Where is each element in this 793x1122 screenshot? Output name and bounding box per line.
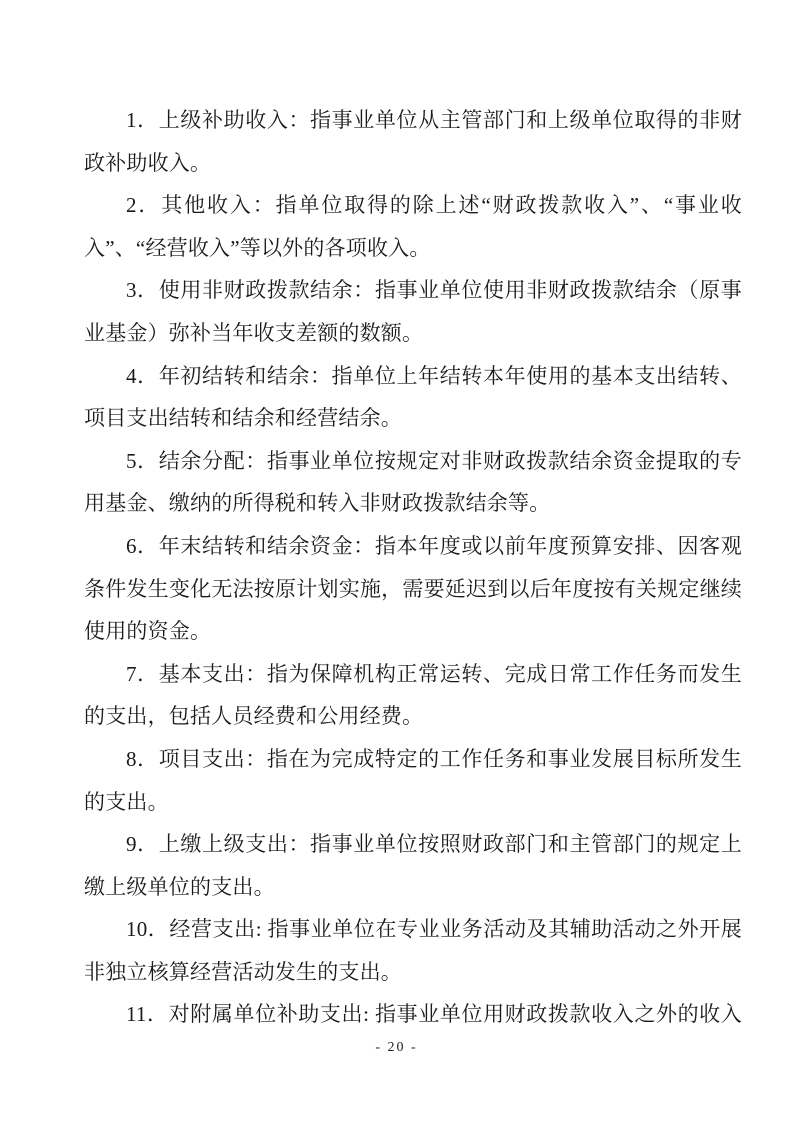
text-line: 条件发生变化无法按原计划实施，需要延迟到以后年度按有关规定继续 bbox=[84, 568, 742, 611]
paragraph: 3．使用非财政拨款结余：指事业单位使用非财政拨款结余（原事业基金）弥补当年收支差… bbox=[84, 269, 742, 354]
text-line: 的支出，包括人员经费和公用经费。 bbox=[84, 695, 742, 738]
text-line: 1．上级补助收入：指事业单位从主管部门和上级单位取得的非财 bbox=[84, 99, 742, 142]
text-line: 业基金）弥补当年收支差额的数额。 bbox=[84, 312, 742, 355]
text-line: 用基金、缴纳的所得税和转入非财政拨款结余等。 bbox=[84, 482, 742, 525]
paragraph: 2．其他收入：指单位取得的除上述“财政拨款收入”、“事业收入”、“经营收入”等以… bbox=[84, 184, 742, 269]
text-line: 4．年初结转和结余：指单位上年结转本年使用的基本支出结转、 bbox=[84, 355, 742, 398]
document-body: 1．上级补助收入：指事业单位从主管部门和上级单位取得的非财政补助收入。2．其他收… bbox=[84, 99, 742, 1036]
text-line: 8．项目支出：指在为完成特定的工作任务和事业发展目标所发生 bbox=[84, 738, 742, 781]
paragraph: 7．基本支出：指为保障机构正常运转、完成日常工作任务而发生的支出，包括人员经费和… bbox=[84, 653, 742, 738]
paragraph: 11．对附属单位补助支出: 指事业单位用财政拨款收入之外的收入 bbox=[84, 993, 742, 1036]
document-page: 1．上级补助收入：指事业单位从主管部门和上级单位取得的非财政补助收入。2．其他收… bbox=[0, 0, 793, 1122]
paragraph: 9．上缴上级支出：指事业单位按照财政部门和主管部门的规定上缴上级单位的支出。 bbox=[84, 823, 742, 908]
text-line: 政补助收入。 bbox=[84, 142, 742, 185]
text-line: 5．结余分配：指事业单位按规定对非财政拨款结余资金提取的专 bbox=[84, 440, 742, 483]
text-line: 缴上级单位的支出。 bbox=[84, 866, 742, 909]
text-line: 10．经营支出: 指事业单位在专业业务活动及其辅助活动之外开展 bbox=[84, 908, 742, 951]
text-line: 7．基本支出：指为保障机构正常运转、完成日常工作任务而发生 bbox=[84, 653, 742, 696]
paragraph: 5．结余分配：指事业单位按规定对非财政拨款结余资金提取的专用基金、缴纳的所得税和… bbox=[84, 440, 742, 525]
paragraph: 6．年末结转和结余资金：指本年度或以前年度预算安排、因客观条件发生变化无法按原计… bbox=[84, 525, 742, 653]
text-line: 入”、“经营收入”等以外的各项收入。 bbox=[84, 227, 742, 270]
paragraph: 1．上级补助收入：指事业单位从主管部门和上级单位取得的非财政补助收入。 bbox=[84, 99, 742, 184]
text-line: 非独立核算经营活动发生的支出。 bbox=[84, 951, 742, 994]
text-line: 使用的资金。 bbox=[84, 610, 742, 653]
text-line: 的支出。 bbox=[84, 781, 742, 824]
text-line: 项目支出结转和结余和经营结余。 bbox=[84, 397, 742, 440]
paragraph: 10．经营支出: 指事业单位在专业业务活动及其辅助活动之外开展非独立核算经营活动… bbox=[84, 908, 742, 993]
page-number: - 20 - bbox=[0, 1039, 793, 1057]
text-line: 3．使用非财政拨款结余：指事业单位使用非财政拨款结余（原事 bbox=[84, 269, 742, 312]
text-line: 9．上缴上级支出：指事业单位按照财政部门和主管部门的规定上 bbox=[84, 823, 742, 866]
text-line: 2．其他收入：指单位取得的除上述“财政拨款收入”、“事业收 bbox=[84, 184, 742, 227]
text-line: 11．对附属单位补助支出: 指事业单位用财政拨款收入之外的收入 bbox=[84, 993, 742, 1036]
paragraph: 4．年初结转和结余：指单位上年结转本年使用的基本支出结转、项目支出结转和结余和经… bbox=[84, 355, 742, 440]
paragraph: 8．项目支出：指在为完成特定的工作任务和事业发展目标所发生的支出。 bbox=[84, 738, 742, 823]
text-line: 6．年末结转和结余资金：指本年度或以前年度预算安排、因客观 bbox=[84, 525, 742, 568]
